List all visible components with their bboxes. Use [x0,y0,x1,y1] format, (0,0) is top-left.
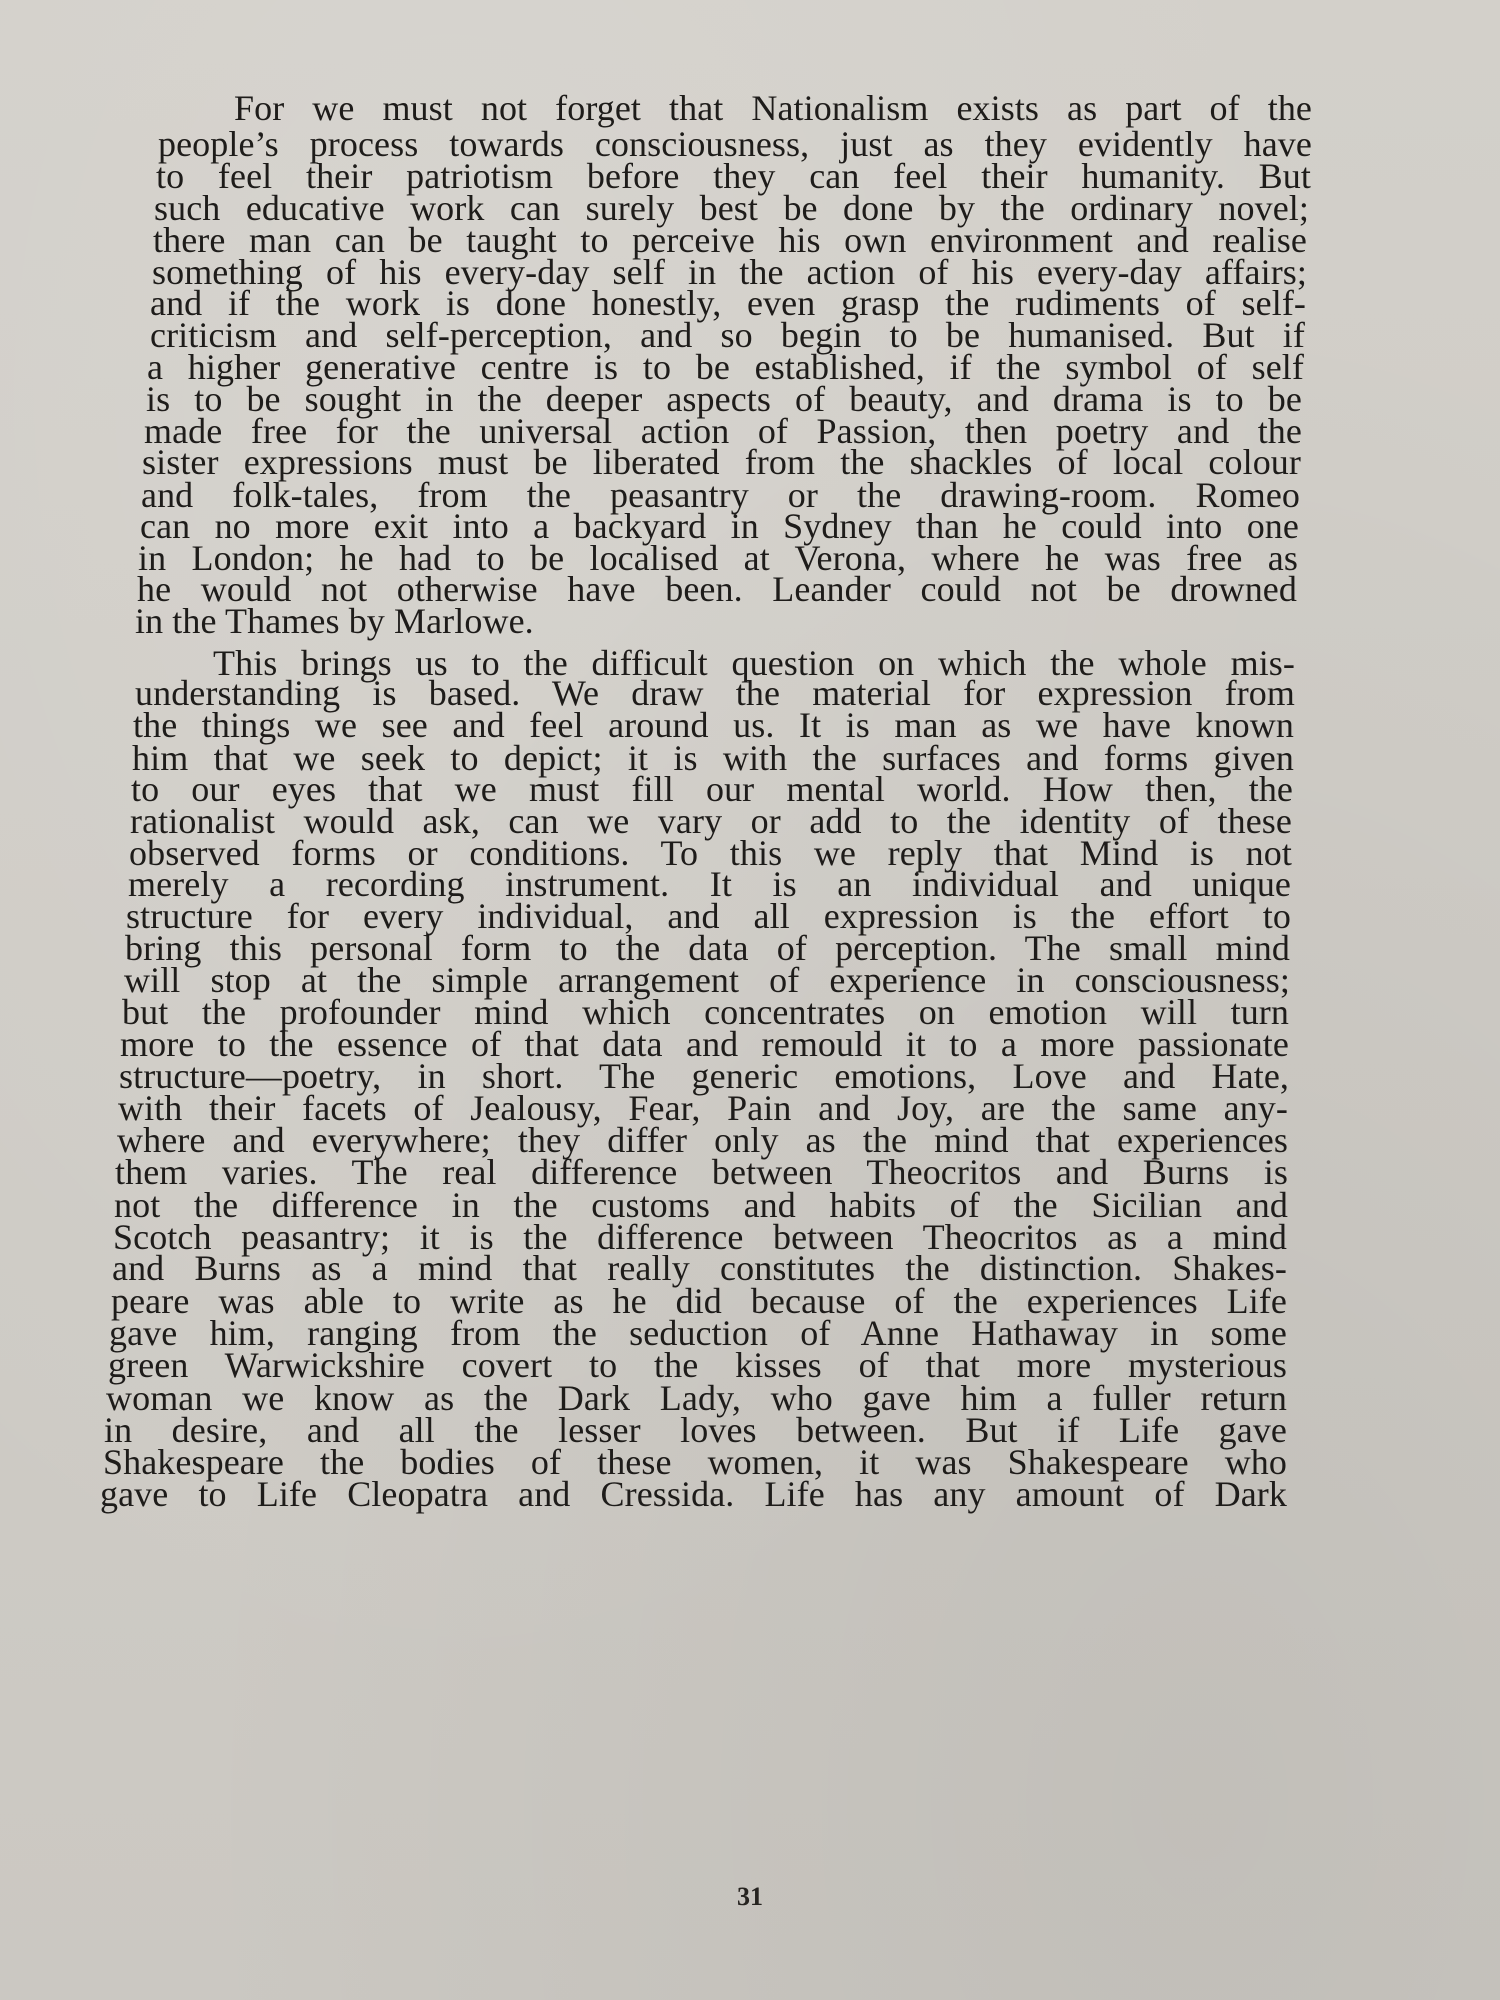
page-number: 31 [0,1882,1500,1912]
book-page: For we must not forget that Nationalism … [0,0,1500,2000]
text-line: For we must not forget that Nationalism … [234,88,1312,128]
text-line: in the Thames by Marlowe. [135,601,1296,641]
text-line: gave to Life Cleopatra and Cressida. Lif… [100,1474,1287,1514]
